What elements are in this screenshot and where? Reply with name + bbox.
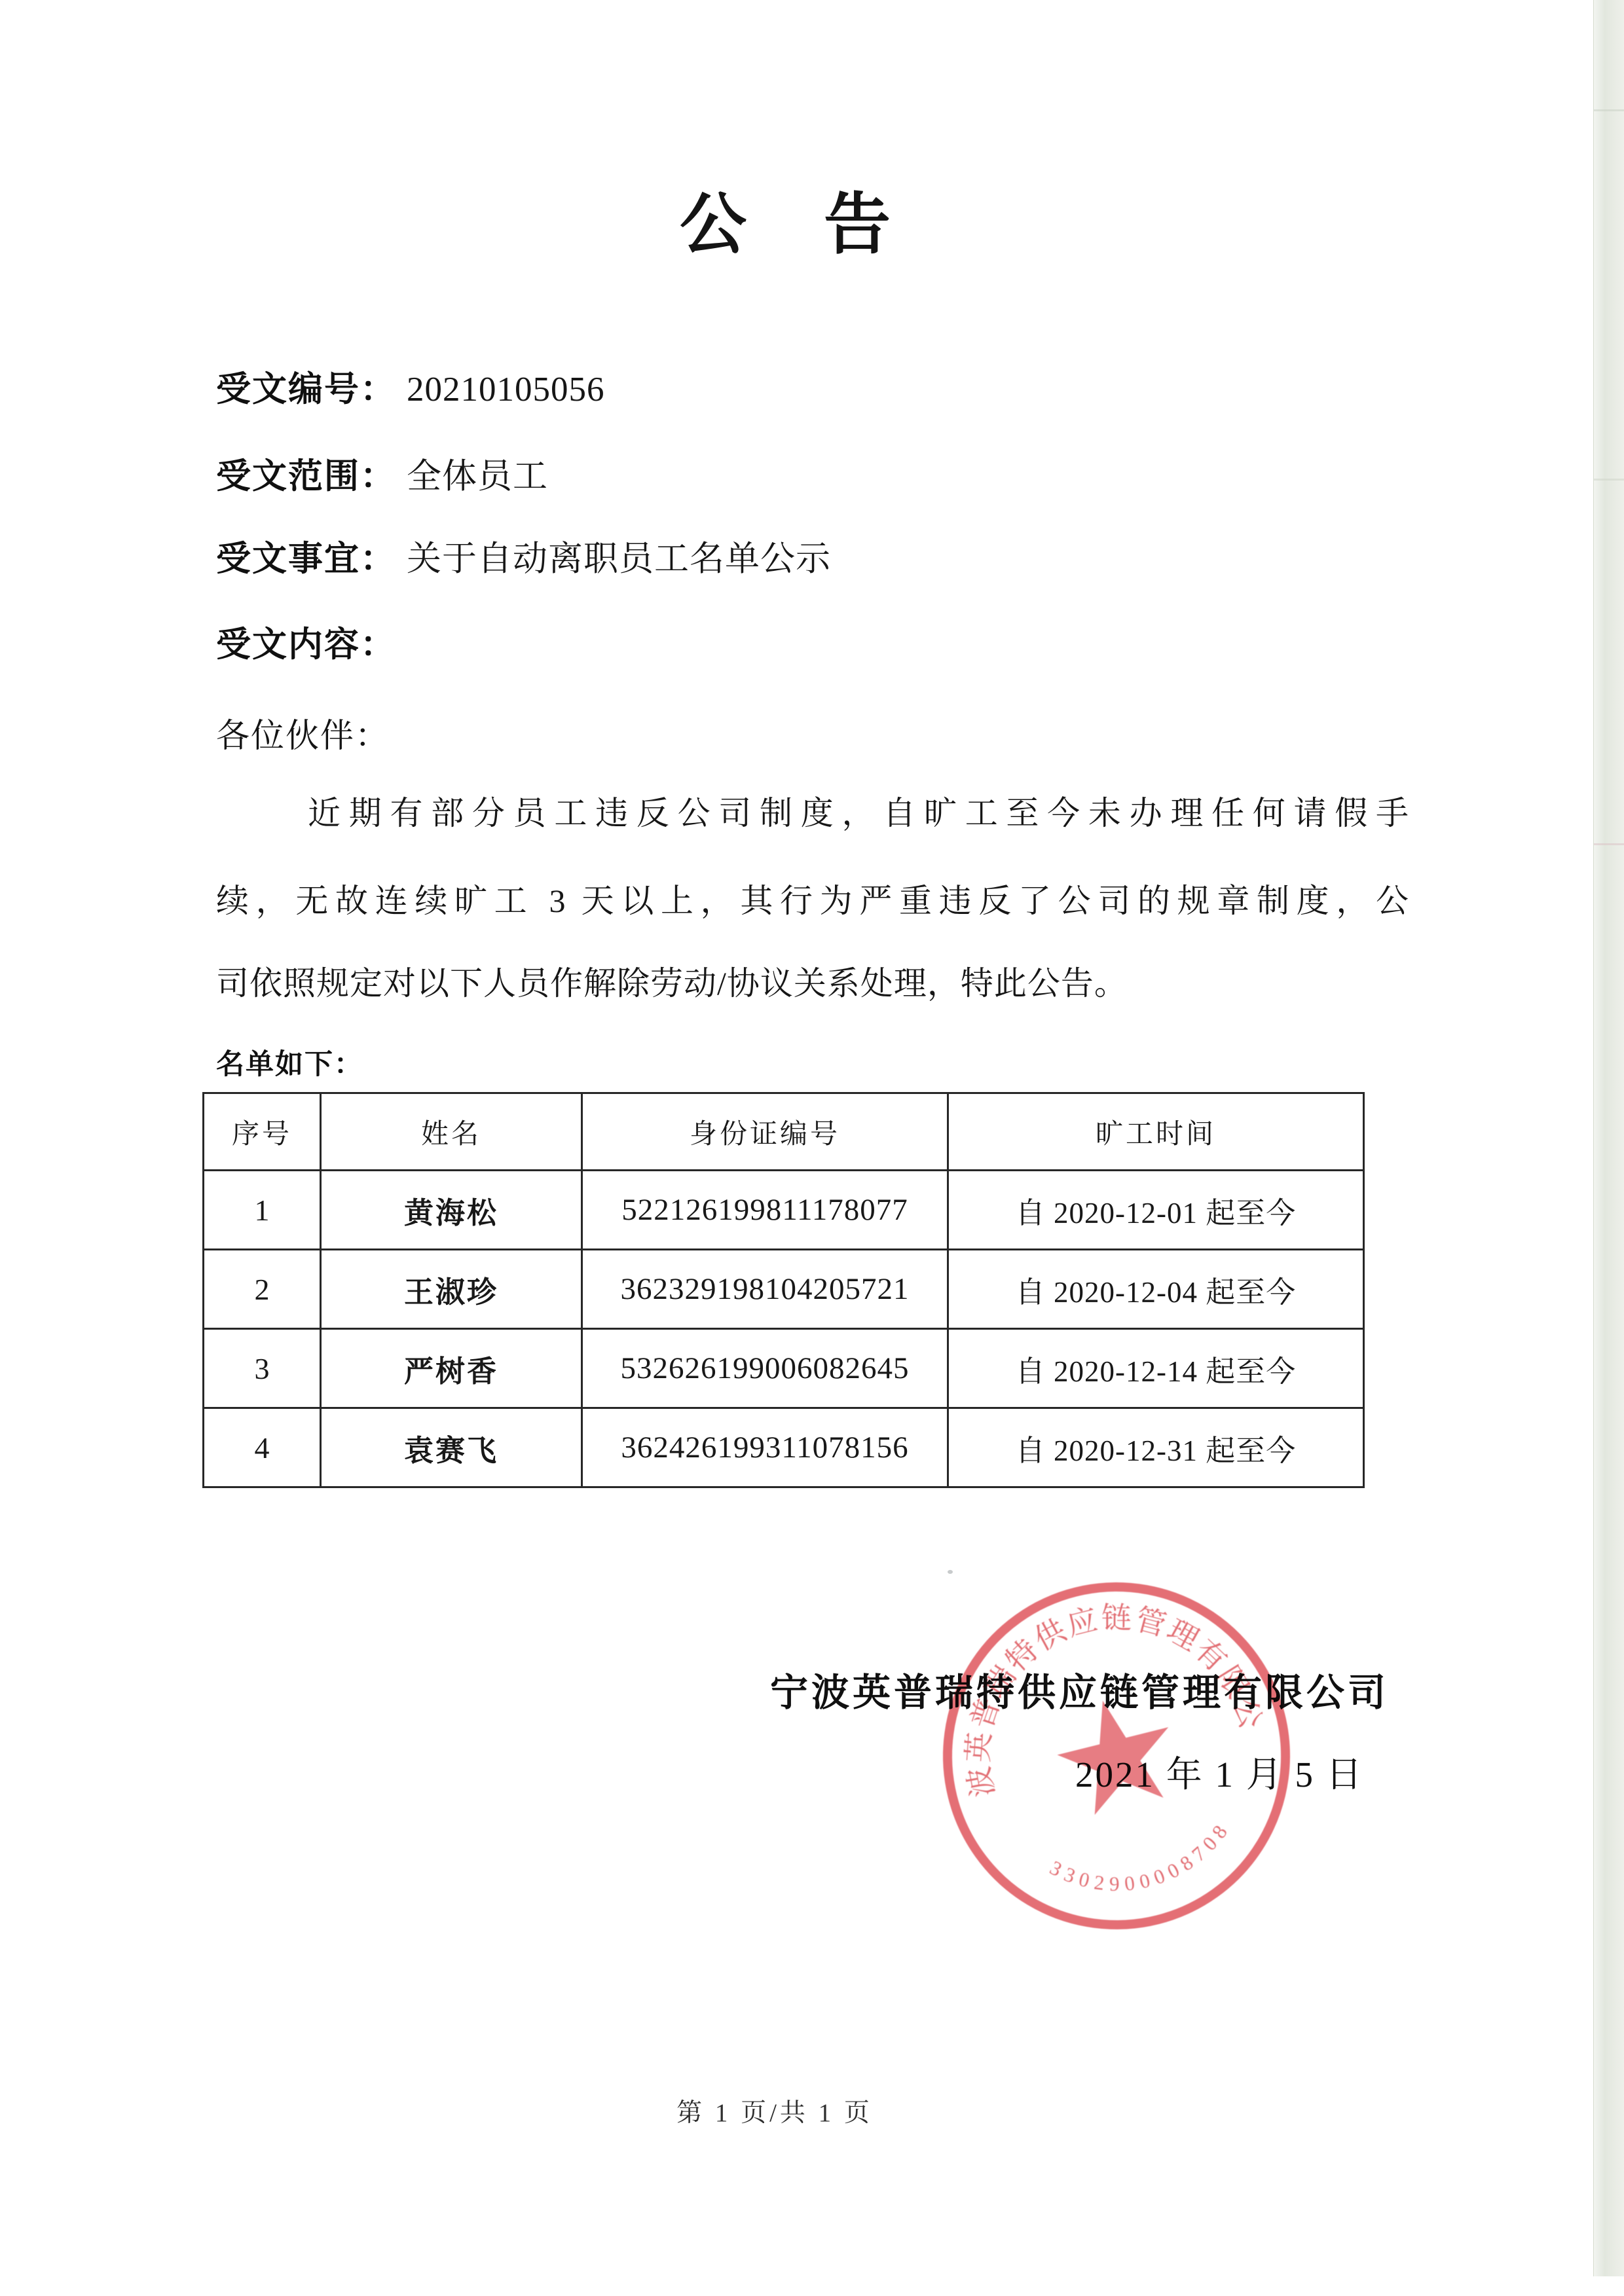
field-doc-number-value: 20210105056 [407, 371, 605, 409]
table-row: 1黄海松522126199811178077自 2020-12-01 起至今 [204, 1171, 1364, 1250]
field-subject: 受文事宜：关于自动离职员工名单公示 [216, 538, 831, 580]
table-cell: 自 2020-12-14 起至今 [948, 1329, 1364, 1408]
absence-table-header-row: 序号姓名身份证编号旷工时间 [204, 1093, 1364, 1171]
absence-table-body: 1黄海松522126199811178077自 2020-12-01 起至今2王… [204, 1171, 1364, 1487]
table-cell: 自 2020-12-31 起至今 [948, 1408, 1364, 1487]
field-content: 受文内容： [216, 624, 407, 666]
table-cell: 自 2020-12-01 起至今 [948, 1171, 1364, 1250]
table-header-cell: 姓名 [321, 1093, 582, 1171]
field-audience-value: 全体员工 [407, 458, 548, 496]
table-cell: 362329198104205721 [582, 1250, 948, 1329]
page-title: 公 告 [0, 172, 1576, 267]
table-cell: 3 [204, 1329, 321, 1408]
table-cell: 袁赛飞 [321, 1408, 582, 1487]
field-subject-value: 关于自动离职员工名单公示 [407, 540, 831, 578]
page-number: 第 1 页/共 1 页 [0, 2092, 1549, 2129]
table-row: 2王淑珍362329198104205721自 2020-12-04 起至今 [204, 1250, 1364, 1329]
scan-edge-artifact [1593, 0, 1624, 2276]
scan-hairline [1594, 843, 1624, 845]
field-doc-number: 受文编号：20210105056 [216, 369, 605, 410]
table-row: 3严树香532626199006082645自 2020-12-14 起至今 [204, 1329, 1364, 1408]
absence-table: 序号姓名身份证编号旷工时间 1黄海松522126199811178077自 20… [202, 1092, 1365, 1488]
field-content-label: 受文内容： [216, 625, 396, 664]
scan-hairline [1594, 109, 1624, 111]
field-doc-number-label: 受文编号： [216, 370, 396, 409]
company-seal-stamp: 宁波英普瑞特供应链管理有限公司 3302900008708 [895, 1534, 1339, 1978]
svg-text:3302900008708: 3302900008708 [1042, 1813, 1244, 1915]
table-cell: 532626199006082645 [582, 1329, 948, 1408]
seal-star-icon [1047, 1686, 1185, 1820]
table-cell: 4 [204, 1408, 321, 1487]
body-paragraph-line-1: 近期有部分员工违反公司制度，自旷工至今未办理任何请假手 [216, 792, 1409, 834]
table-cell: 黄海松 [321, 1171, 582, 1250]
scan-speck [948, 1570, 953, 1574]
announcement-document: 公 告 受文编号：20210105056 受文范围：全体员工 受文事宜：关于自动… [0, 0, 1624, 2296]
table-cell: 王淑珍 [321, 1250, 582, 1329]
seal-serial-number: 3302900008708 [1042, 1813, 1244, 1915]
table-row: 4袁赛飞362426199311078156自 2020-12-31 起至今 [204, 1408, 1364, 1487]
table-cell: 自 2020-12-04 起至今 [948, 1250, 1364, 1329]
field-audience-label: 受文范围： [216, 457, 396, 496]
table-cell: 522126199811178077 [582, 1171, 948, 1250]
salutation: 各位伙伴： [216, 708, 390, 757]
table-cell: 1 [204, 1171, 321, 1250]
list-intro: 名单如下： [216, 1042, 363, 1082]
field-subject-label: 受文事宜： [216, 539, 396, 578]
field-audience: 受文范围：全体员工 [216, 456, 548, 498]
table-header-cell: 旷工时间 [948, 1093, 1364, 1171]
body-paragraph-line-2: 续，无故连续旷工 3 天以上，其行为严重违反了公司的规章制度，公 [216, 880, 1409, 922]
table-cell: 2 [204, 1250, 321, 1329]
table-cell: 严树香 [321, 1329, 582, 1408]
body-paragraph-line-3: 司依照规定对以下人员作解除劳动/协议关系处理，特此公告。 [216, 962, 1409, 1004]
table-cell: 362426199311078156 [582, 1408, 948, 1487]
scan-hairline [1594, 479, 1624, 481]
table-header-cell: 序号 [204, 1093, 321, 1171]
table-header-cell: 身份证编号 [582, 1093, 948, 1171]
